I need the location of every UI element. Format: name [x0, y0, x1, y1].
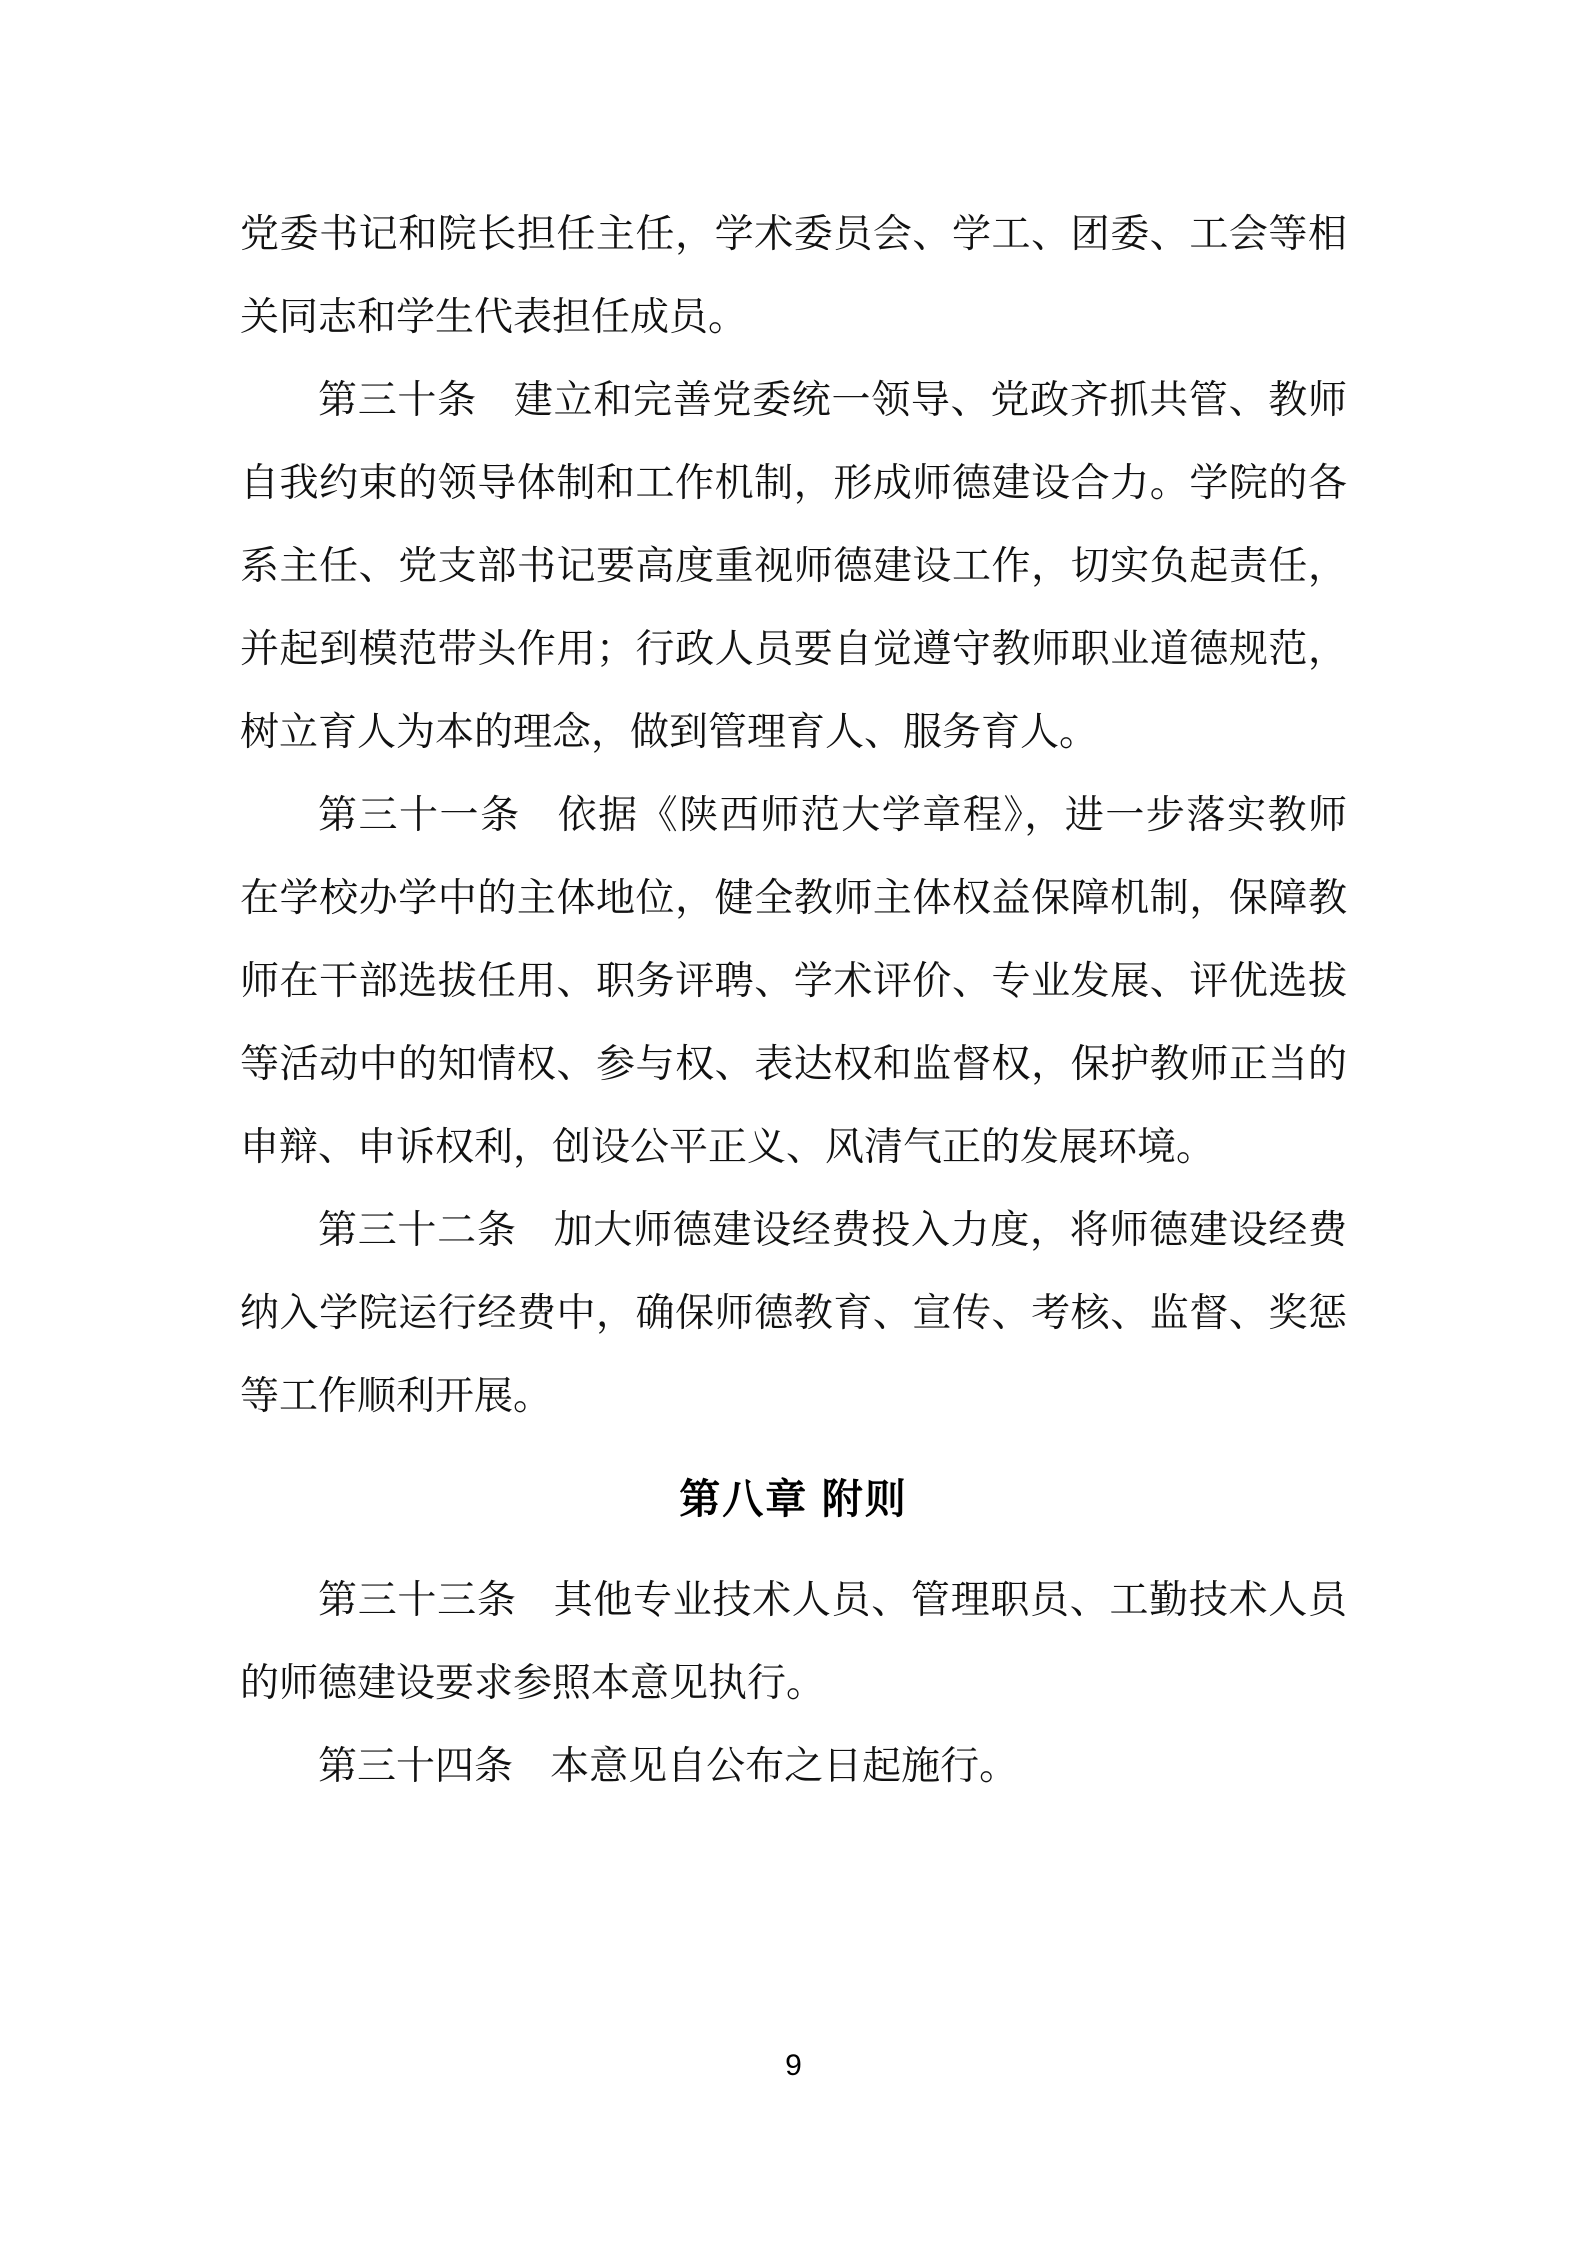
- article-34-text: 本意见自公布之日起施行。: [550, 1745, 1018, 1788]
- page-number: 9: [0, 2048, 1587, 2084]
- paragraph-article-34: 第三十四条本意见自公布之日起施行。: [240, 1725, 1347, 1808]
- paragraph-article-31: 第三十一条依据《陕西师范大学章程》，进一步落实教师在学校办学中的主体地位，健全教…: [240, 774, 1347, 1189]
- paragraph-article-33: 第三十三条其他专业技术人员、管理职员、工勤技术人员的师德建设要求参照本意见执行。: [240, 1559, 1347, 1725]
- page-body: 党委书记和院长担任主任，学术委员会、学工、团委、工会等相关同志和学生代表担任成员…: [240, 193, 1347, 1808]
- article-30-number: 第三十条: [318, 379, 477, 422]
- document-page: 党委书记和院长担任主任，学术委员会、学工、团委、工会等相关同志和学生代表担任成员…: [0, 0, 1587, 2245]
- paragraph-article-30: 第三十条建立和完善党委统一领导、党政齐抓共管、教师自我约束的领导体制和工作机制，…: [240, 359, 1347, 774]
- paragraph-article-32: 第三十二条加大师德建设经费投入力度，将师德建设经费纳入学院运行经费中，确保师德教…: [240, 1189, 1347, 1438]
- chapter-heading: 第八章 附则: [240, 1458, 1347, 1541]
- article-31-text: 依据《陕西师范大学章程》，进一步落实教师在学校办学中的主体地位，健全教师主体权益…: [240, 794, 1347, 1169]
- article-32-number: 第三十二条: [318, 1209, 517, 1252]
- paragraph-continuation: 党委书记和院长担任主任，学术委员会、学工、团委、工会等相关同志和学生代表担任成员…: [240, 193, 1347, 359]
- article-30-text: 建立和完善党委统一领导、党政齐抓共管、教师自我约束的领导体制和工作机制，形成师德…: [240, 379, 1347, 754]
- article-31-number: 第三十一条: [318, 794, 521, 837]
- article-33-number: 第三十三条: [318, 1579, 517, 1622]
- article-34-number: 第三十四条: [318, 1745, 513, 1788]
